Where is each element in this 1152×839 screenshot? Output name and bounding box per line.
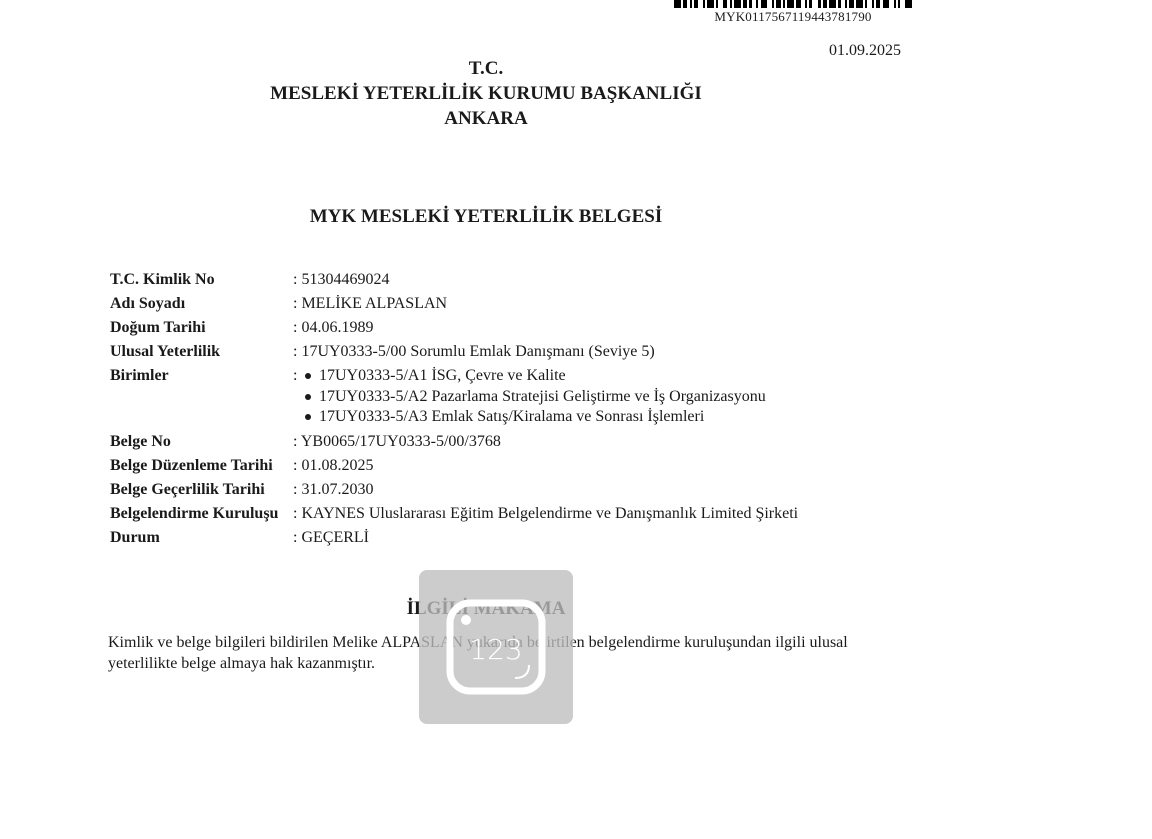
field-label: Ulusal Yeterlilik xyxy=(110,340,293,364)
barcode-number: MYK0117567119443781790 xyxy=(674,9,912,25)
number-input-overlay[interactable]: 123 xyxy=(419,570,573,724)
field-label: Doğum Tarihi xyxy=(110,316,293,340)
field-label: Adı Soyadı xyxy=(110,292,293,316)
field-belge-no: Belge No : YB0065/17UY0333-5/00/3768 xyxy=(110,430,798,454)
barcode-bar xyxy=(905,0,912,8)
document-title: MYK MESLEKİ YETERLİLİK BELGESİ xyxy=(200,206,772,228)
field-value: : YB0065/17UY0333-5/00/3768 xyxy=(293,430,501,454)
field-duzenleme-tarihi: Belge Düzenleme Tarihi : 01.08.2025 xyxy=(110,454,798,478)
field-ad-soyad: Adı Soyadı : MELİKE ALPASLAN xyxy=(110,292,798,316)
field-ulusal-yeterlilik: Ulusal Yeterlilik : 17UY0333-5/00 Soruml… xyxy=(110,340,798,364)
field-label: Birimler xyxy=(110,364,293,430)
field-value: : 31.07.2030 xyxy=(293,478,373,502)
certificate-fields: T.C. Kimlik No : 51304469024 Adı Soyadı … xyxy=(110,268,798,550)
barcode-bar xyxy=(787,0,794,8)
field-tc-kimlik: T.C. Kimlik No : 51304469024 xyxy=(110,268,798,292)
header-line-city: ANKARA xyxy=(200,106,772,131)
field-label: Belge No xyxy=(110,430,293,454)
field-dogum-tarihi: Doğum Tarihi : 04.06.1989 xyxy=(110,316,798,340)
barcode-bar xyxy=(883,0,890,8)
bullet-icon xyxy=(305,373,311,379)
number-keypad-icon: 123 xyxy=(419,570,573,724)
status-value: : GEÇERLİ xyxy=(293,526,369,550)
field-value: : 04.06.1989 xyxy=(293,316,373,340)
unit-text: 17UY0333-5/A3 Emlak Satış/Kiralama ve So… xyxy=(319,407,704,428)
unit-item: 17UY0333-5/A2 Pazarlama Stratejisi Geliş… xyxy=(293,387,766,408)
barcode-bar xyxy=(856,0,863,8)
field-birimler: Birimler : 17UY0333-5/A1 İSG, Çevre ve K… xyxy=(110,364,798,430)
field-label: T.C. Kimlik No xyxy=(110,268,293,292)
bullet-icon xyxy=(305,414,311,420)
unit-text: 17UY0333-5/A1 İSG, Çevre ve Kalite xyxy=(319,366,566,387)
field-value: : MELİKE ALPASLAN xyxy=(293,292,447,316)
field-gecerlilik-tarihi: Belge Geçerlilik Tarihi : 31.07.2030 xyxy=(110,478,798,502)
field-kurulus: Belgelendirme Kuruluşu : KAYNES Uluslara… xyxy=(110,502,798,526)
barcode-bar xyxy=(674,0,681,8)
barcode xyxy=(674,0,912,8)
unit-item: 17UY0333-5/A3 Emlak Satış/Kiralama ve So… xyxy=(293,407,766,428)
header-line-tc: T.C. xyxy=(200,56,772,81)
field-value: : 01.08.2025 xyxy=(293,454,373,478)
field-label: Belge Geçerlilik Tarihi xyxy=(110,478,293,502)
barcode-bar xyxy=(829,0,836,8)
field-value: : KAYNES Uluslararası Eğitim Belgelendir… xyxy=(293,502,798,526)
header-line-institution: MESLEKİ YETERLİLİK KURUMU BAŞKANLIĞI xyxy=(200,81,772,106)
field-label: Durum xyxy=(110,526,293,550)
field-value: : 17UY0333-5/00 Sorumlu Emlak Danışmanı … xyxy=(293,340,655,364)
field-colon: : xyxy=(293,366,305,387)
barcode-bar xyxy=(707,0,714,8)
unit-item: : 17UY0333-5/A1 İSG, Çevre ve Kalite xyxy=(293,366,766,387)
overlay-number-text: 123 xyxy=(469,633,522,666)
field-label: Belge Düzenleme Tarihi xyxy=(110,454,293,478)
barcode-bar xyxy=(761,0,768,8)
document-date: 01.09.2025 xyxy=(790,42,901,60)
field-durum: Durum : GEÇERLİ xyxy=(110,526,798,550)
field-label: Belgelendirme Kuruluşu xyxy=(110,502,293,526)
issuer-header: T.C. MESLEKİ YETERLİLİK KURUMU BAŞKANLIĞ… xyxy=(200,56,772,131)
units-list: : 17UY0333-5/A1 İSG, Çevre ve Kalite 17U… xyxy=(293,364,766,430)
barcode-bar xyxy=(734,0,741,8)
field-value: : 51304469024 xyxy=(293,268,389,292)
bullet-icon xyxy=(305,394,311,400)
barcode-bar xyxy=(812,0,819,8)
unit-text: 17UY0333-5/A2 Pazarlama Stratejisi Geliş… xyxy=(319,387,766,408)
